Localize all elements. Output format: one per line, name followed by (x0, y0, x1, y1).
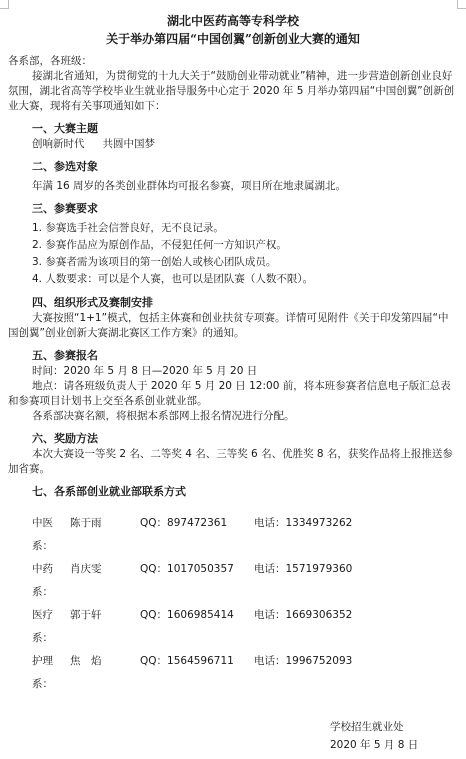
issuing-office: 学校招生就业处 (330, 718, 418, 736)
contact-qq: QQ：1606985414 (140, 604, 254, 650)
requirement-item: 3. 参赛者需为该项目的第一创始人或核心团队成员。 (8, 254, 458, 271)
contact-phone: 电话：1669306352 (254, 604, 352, 650)
section-heading-theme: 一、大赛主题 (8, 120, 458, 137)
document-title-notice: 关于举办第四届“中国创翼”创新创业大赛的通知 (8, 30, 458, 48)
section-heading-requirements: 三、参赛要求 (8, 200, 458, 217)
contact-row: 中医系： 陈于雨 QQ：897472361 电话：1334973262 (32, 512, 458, 558)
section-heading-registration: 五、参赛报名 (8, 347, 458, 364)
contact-dept: 医疗系： (32, 604, 70, 650)
requirement-item: 4. 人数要求：可以是个人赛，也可以是团队赛（人数不限）。 (8, 271, 458, 288)
contact-phone: 电话：1571979360 (254, 558, 352, 604)
contact-dept: 护理系： (32, 650, 70, 696)
awards-text: 本次大赛设一等奖 2 名、二等奖 4 名、三等奖 6 名、优胜奖 8 名，获奖作… (8, 447, 458, 477)
contact-name: 陈于雨 (70, 512, 140, 558)
section-heading-format: 四、组织形式及赛制安排 (8, 294, 458, 311)
contact-phone: 电话：1334973262 (254, 512, 352, 558)
contact-row: 护理系： 焦 焰 QQ：1564596711 电话：1996752093 (32, 650, 458, 696)
contact-name: 肖庆雯 (70, 558, 140, 604)
contact-dept: 中药系： (32, 558, 70, 604)
crop-mark-top-left (0, 0, 9, 9)
format-text: 大赛按照“1+1”模式，包括主体赛和创业扶贫专项赛。详情可见附件《关于印发第四届… (8, 311, 458, 341)
document-title-school: 湖北中医药高等专科学校 (8, 12, 458, 30)
registration-place: 地点：请各班级负责人于 2020 年 5 月 20 日 12:00 前，将本班参… (8, 379, 458, 409)
salutation: 各系部，各班级： (8, 54, 458, 69)
section-heading-contacts: 七、各系部创业就业部联系方式 (8, 483, 458, 500)
contact-row: 中药系： 肖庆雯 QQ：1017050357 电话：1571979360 (32, 558, 458, 604)
issue-date: 2020 年 5 月 8 日 (330, 736, 418, 754)
notice-document: 湖北中医药高等专科学校 关于举办第四届“中国创翼”创新创业大赛的通知 各系部，各… (8, 12, 458, 696)
contact-qq: QQ：897472361 (140, 512, 254, 558)
registration-quota: 各系部决赛名额，将根据本系部网上报名情况进行分配。 (8, 409, 458, 424)
participants-text: 年满 16 周岁的各类创业群体均可报名参赛，项目所在地隶属湖北。 (8, 179, 458, 194)
section-heading-participants: 二、参选对象 (8, 158, 458, 175)
signoff: 学校招生就业处 2020 年 5 月 8 日 (330, 718, 418, 754)
registration-time: 时间：2020 年 5 月 8 日—2020 年 5 月 20 日 (8, 364, 458, 379)
contact-row: 医疗系： 郭于轩 QQ：1606985414 电话：1669306352 (32, 604, 458, 650)
theme-part-2: 共圆中国梦 (103, 137, 156, 152)
contact-name: 焦 焰 (70, 650, 140, 696)
contact-dept: 中医系： (32, 512, 70, 558)
requirement-item: 1. 参赛选手社会信誉良好，无不良记录。 (8, 220, 458, 237)
crop-mark-top-right (457, 0, 466, 9)
section-heading-awards: 六、奖励方法 (8, 430, 458, 447)
contact-qq: QQ：1564596711 (140, 650, 254, 696)
theme-text: 创响新时代共圆中国梦 (8, 137, 458, 152)
requirement-item: 2. 参赛作品应为原创作品，不侵犯任何一方知识产权。 (8, 237, 458, 254)
contact-qq: QQ：1017050357 (140, 558, 254, 604)
theme-part-1: 创响新时代 (32, 137, 85, 152)
contact-phone: 电话：1996752093 (254, 650, 352, 696)
contact-name: 郭于轩 (70, 604, 140, 650)
contacts-table: 中医系： 陈于雨 QQ：897472361 电话：1334973262 中药系：… (8, 512, 458, 696)
intro-paragraph: 接湖北省通知，为贯彻党的十九大关于“鼓励创业带动就业”精神，进一步营造创新创业良… (8, 69, 458, 114)
